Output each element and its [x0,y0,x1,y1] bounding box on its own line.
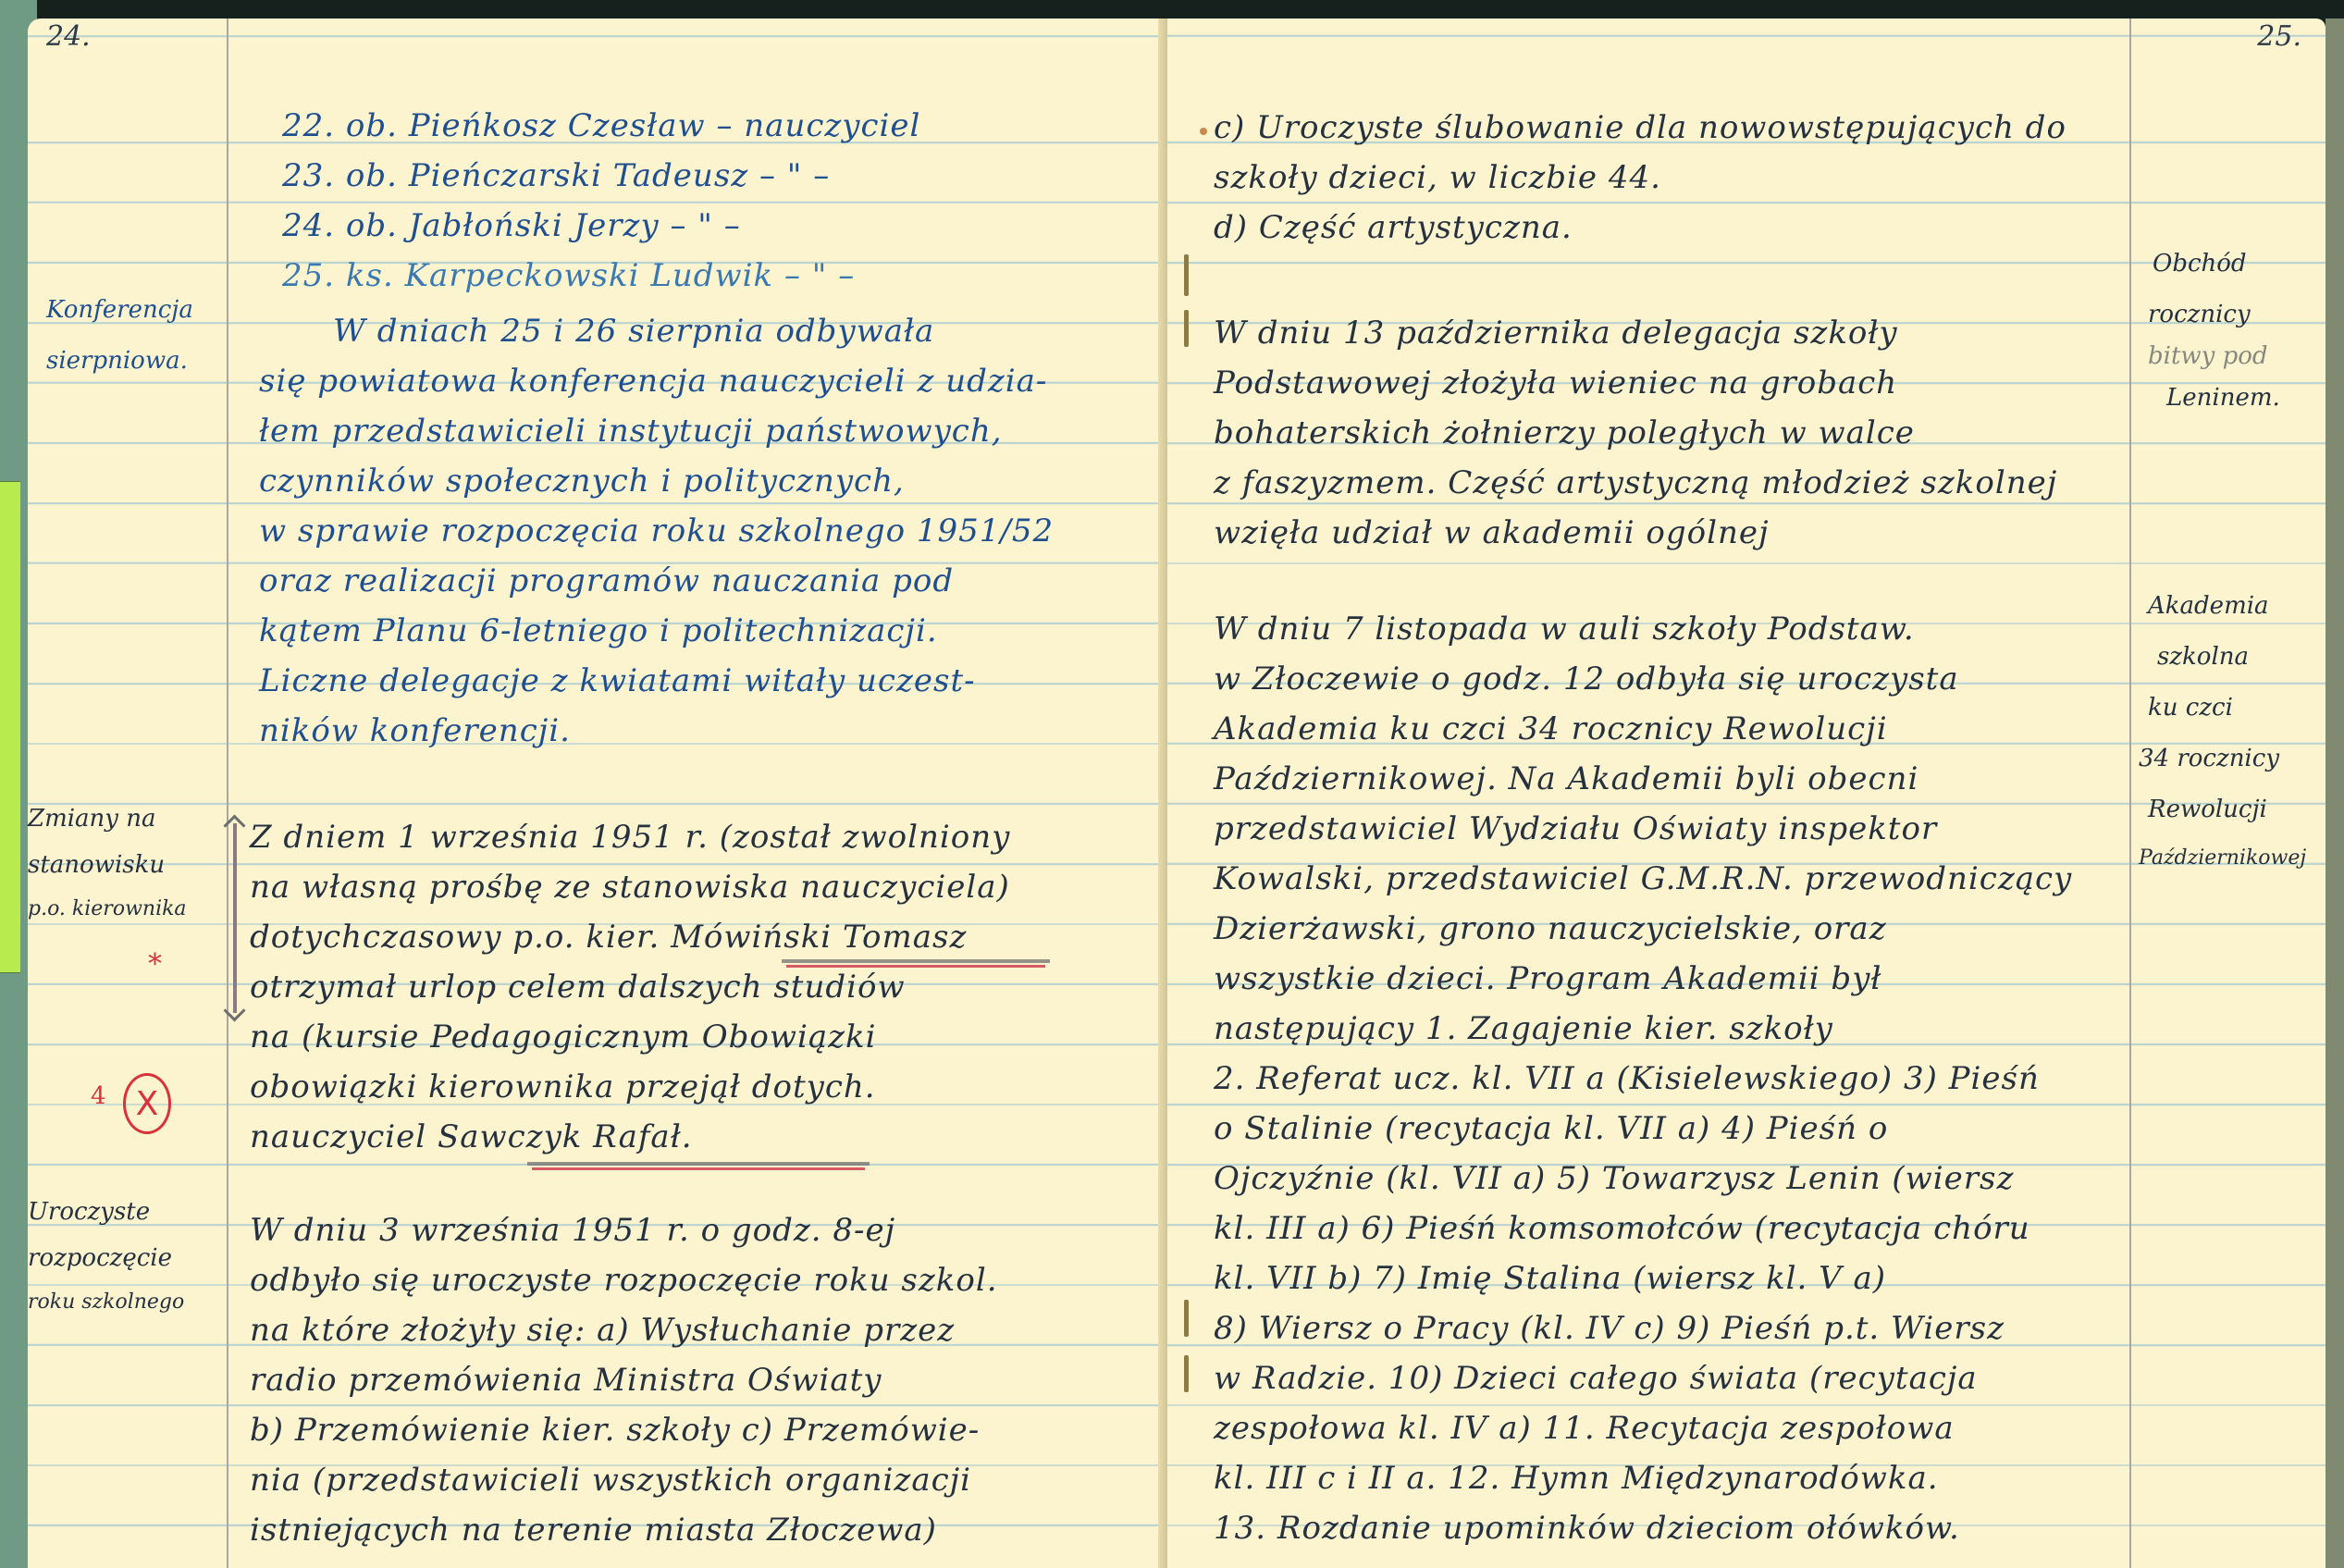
text-line: nia (przedstawicieli wszystkich organiza… [250,1462,971,1499]
margin-note-academy: ku czci [2148,694,2233,722]
right-page: 25. c) Uroczyste ślubowanie dla nowowstę… [1167,19,2325,1568]
text-line: zespołowa kl. IV a) 11. Recytacja zespoł… [1214,1410,1955,1447]
staff-entry: 24. ob. Jabłoński Jerzy – " – [282,207,741,244]
text-line: Październikowej. Na Akademii byli obecni [1214,760,1918,797]
text-line: przedstawiciel Wydziału Oświaty inspekto… [1214,810,1937,847]
text-line: kl. III c i II a. 12. Hymn Międzynarodów… [1214,1460,1939,1497]
text-line: o Stalinie (recytacja kl. VII a) 4) Pieś… [1214,1110,1888,1147]
text-line: oraz realizacji programów nauczania pod [259,562,954,599]
right-margin-line [2129,19,2131,1568]
text-line: W dniu 13 października delegacja szkoły [1214,315,1898,352]
text-line: w Złoczewie o godz. 12 odbyła się uroczy… [1214,661,1959,698]
text-line: w sprawie rozpoczęcia roku szkolnego 195… [259,512,1054,549]
margin-note-staff-change: Zmiany na [28,805,155,833]
staple-icon [1184,1300,1189,1337]
text-line: na własną prośbę ze stanowiska nauczycie… [250,869,1010,906]
margin-note-academy: Akademia [2148,592,2269,620]
margin-note-academy: szkolna [2157,643,2249,671]
page-number-right: 25. [2257,20,2301,53]
margin-note-staff-change: p.o. kierownika [28,897,187,920]
ink-spot [1200,128,1207,135]
staple-icon [1184,310,1189,347]
text-line: otrzymał urlop celem dalszych studiów [250,969,906,1006]
text-line: Podstawowej złożyła wieniec na grobach [1214,364,1897,401]
left-margin-line [227,19,228,1568]
pencil-underline [782,959,1050,963]
notebook-cover-right-edge [2325,19,2344,1568]
text-line: Akademia ku czci 34 rocznicy Rewolucji [1214,710,1888,747]
text-line: Ojczyźnie (kl. VII a) 5) Towarzysz Lenin… [1214,1160,2014,1197]
text-line: odbyło się uroczyste rozpoczęcie roku sz… [250,1262,998,1299]
margin-note-staff-change: stanowisku [28,851,165,879]
margin-note-school-year: rozpoczęcie [28,1244,172,1272]
text-line: Kowalski, przedstawiciel G.M.R.N. przewo… [1214,860,2072,897]
text-line: 13. Rozdanie upominków dzieciom ołówków. [1214,1510,1960,1547]
red-circled-x-icon: X [123,1073,171,1134]
text-line: 8) Wiersz o Pracy (kl. IV c) 9) Pieśń p.… [1214,1310,2005,1347]
text-line: wzięła udział w akademii ogólnej [1214,514,1770,551]
text-line: się powiatowa konferencja nauczycieli z … [259,363,1047,400]
text-line: na które złożyły się: a) Wysłuchanie prz… [250,1312,955,1349]
text-line: w Radzie. 10) Dzieci całego świata (recy… [1214,1360,1978,1397]
text-line: ników konferencji. [259,712,571,749]
margin-note-anniversary: Leninem. [2166,384,2280,412]
margin-note-academy: 34 rocznicy [2139,745,2279,772]
text-line: kątem Planu 6-letniego i politechnizacji… [259,612,938,649]
text-line: łem przedstawicieli instytucji państwowy… [259,413,1003,450]
text-line: bohaterskich żołnierzy poległych w walce [1214,414,1915,451]
text-line: kl. VII b) 7) Imię Stalina (wiersz kl. V… [1214,1260,1886,1297]
staff-entry: 23. ob. Pieńczarski Tadeusz – " – [282,157,830,194]
page-number-left: 24. [46,20,91,53]
margin-note-academy: Rewolucji [2148,796,2267,823]
text-line: d) Część artystyczna. [1214,209,1573,246]
margin-note-anniversary: bitwy pod [2148,342,2268,370]
double-arrow-bracket-icon [233,823,237,1013]
text-line: Z dniem 1 września 1951 r. (został zwoln… [250,819,1010,856]
text-line: szkoły dzieci, w liczbie 44. [1214,159,1661,196]
margin-note-anniversary: rocznicy [2148,301,2251,328]
margin-note-conference: sierpniowa. [46,347,188,375]
margin-note-school-year: Uroczyste [28,1198,150,1226]
text-line: czynników społecznych i politycznych, [259,463,905,500]
text-line: wszystkie dzieci. Program Akademii był [1214,960,1881,997]
red-annotation-number: 4 [91,1082,106,1110]
left-page: 24. 22. ob. Pieńkosz Czesław – nauczycie… [28,19,1167,1568]
red-asterisk-icon: * [148,948,162,981]
margin-note-school-year: roku szkolnego [28,1290,184,1314]
pencil-underline [527,1162,870,1166]
text-line: c) Uroczyste ślubowanie dla nowowstępują… [1214,109,2066,146]
text-line: następujący 1. Zagajenie kier. szkoły [1214,1010,1833,1047]
text-line: Liczne delegacje z kwiatami witały uczes… [259,662,976,699]
staff-entry: 25. ks. Karpeckowski Ludwik – " – [282,257,855,294]
text-line: obowiązki kierownika przejął dotych. [250,1068,876,1105]
margin-note-anniversary: Obchód [2153,250,2247,278]
text-line: kl. III a) 6) Pieśń komsomołców (recytac… [1214,1210,2030,1247]
text-line: W dniach 25 i 26 sierpnia odbywała [333,313,934,350]
text-line: dotychczasowy p.o. kier. Mówiński Tomasz [250,919,967,956]
text-line: 2. Referat ucz. kl. VII a (Kisielewskieg… [1214,1060,2040,1097]
margin-note-academy: Październikowej [2139,846,2306,870]
red-underline [532,1167,865,1170]
staff-entry: 22. ob. Pieńkosz Czesław – nauczyciel [282,107,920,144]
green-sticky-tab [0,481,20,973]
text-line: Dzierżawski, grono nauczycielskie, oraz [1214,910,1887,947]
text-line: z faszyzmem. Część artystyczną młodzież … [1214,464,2057,501]
text-line: na (kursie Pedagogicznym Obowiązki [250,1019,876,1056]
margin-note-conference: Konferencja [46,296,193,324]
staple-icon [1184,1355,1189,1392]
text-line: W dniu 3 września 1951 r. o godz. 8-ej [250,1212,895,1249]
staple-icon [1184,254,1189,296]
red-underline [786,965,1045,968]
text-line: W dniu 7 listopada w auli szkoły Podstaw… [1214,611,1915,648]
text-line: b) Przemówienie kier. szkoły c) Przemówi… [250,1412,980,1449]
text-line: nauczyciel Sawczyk Rafał. [250,1118,693,1155]
text-line: radio przemówienia Ministra Oświaty [250,1362,882,1399]
text-line: istniejących na terenie miasta Złoczewa) [250,1512,937,1549]
